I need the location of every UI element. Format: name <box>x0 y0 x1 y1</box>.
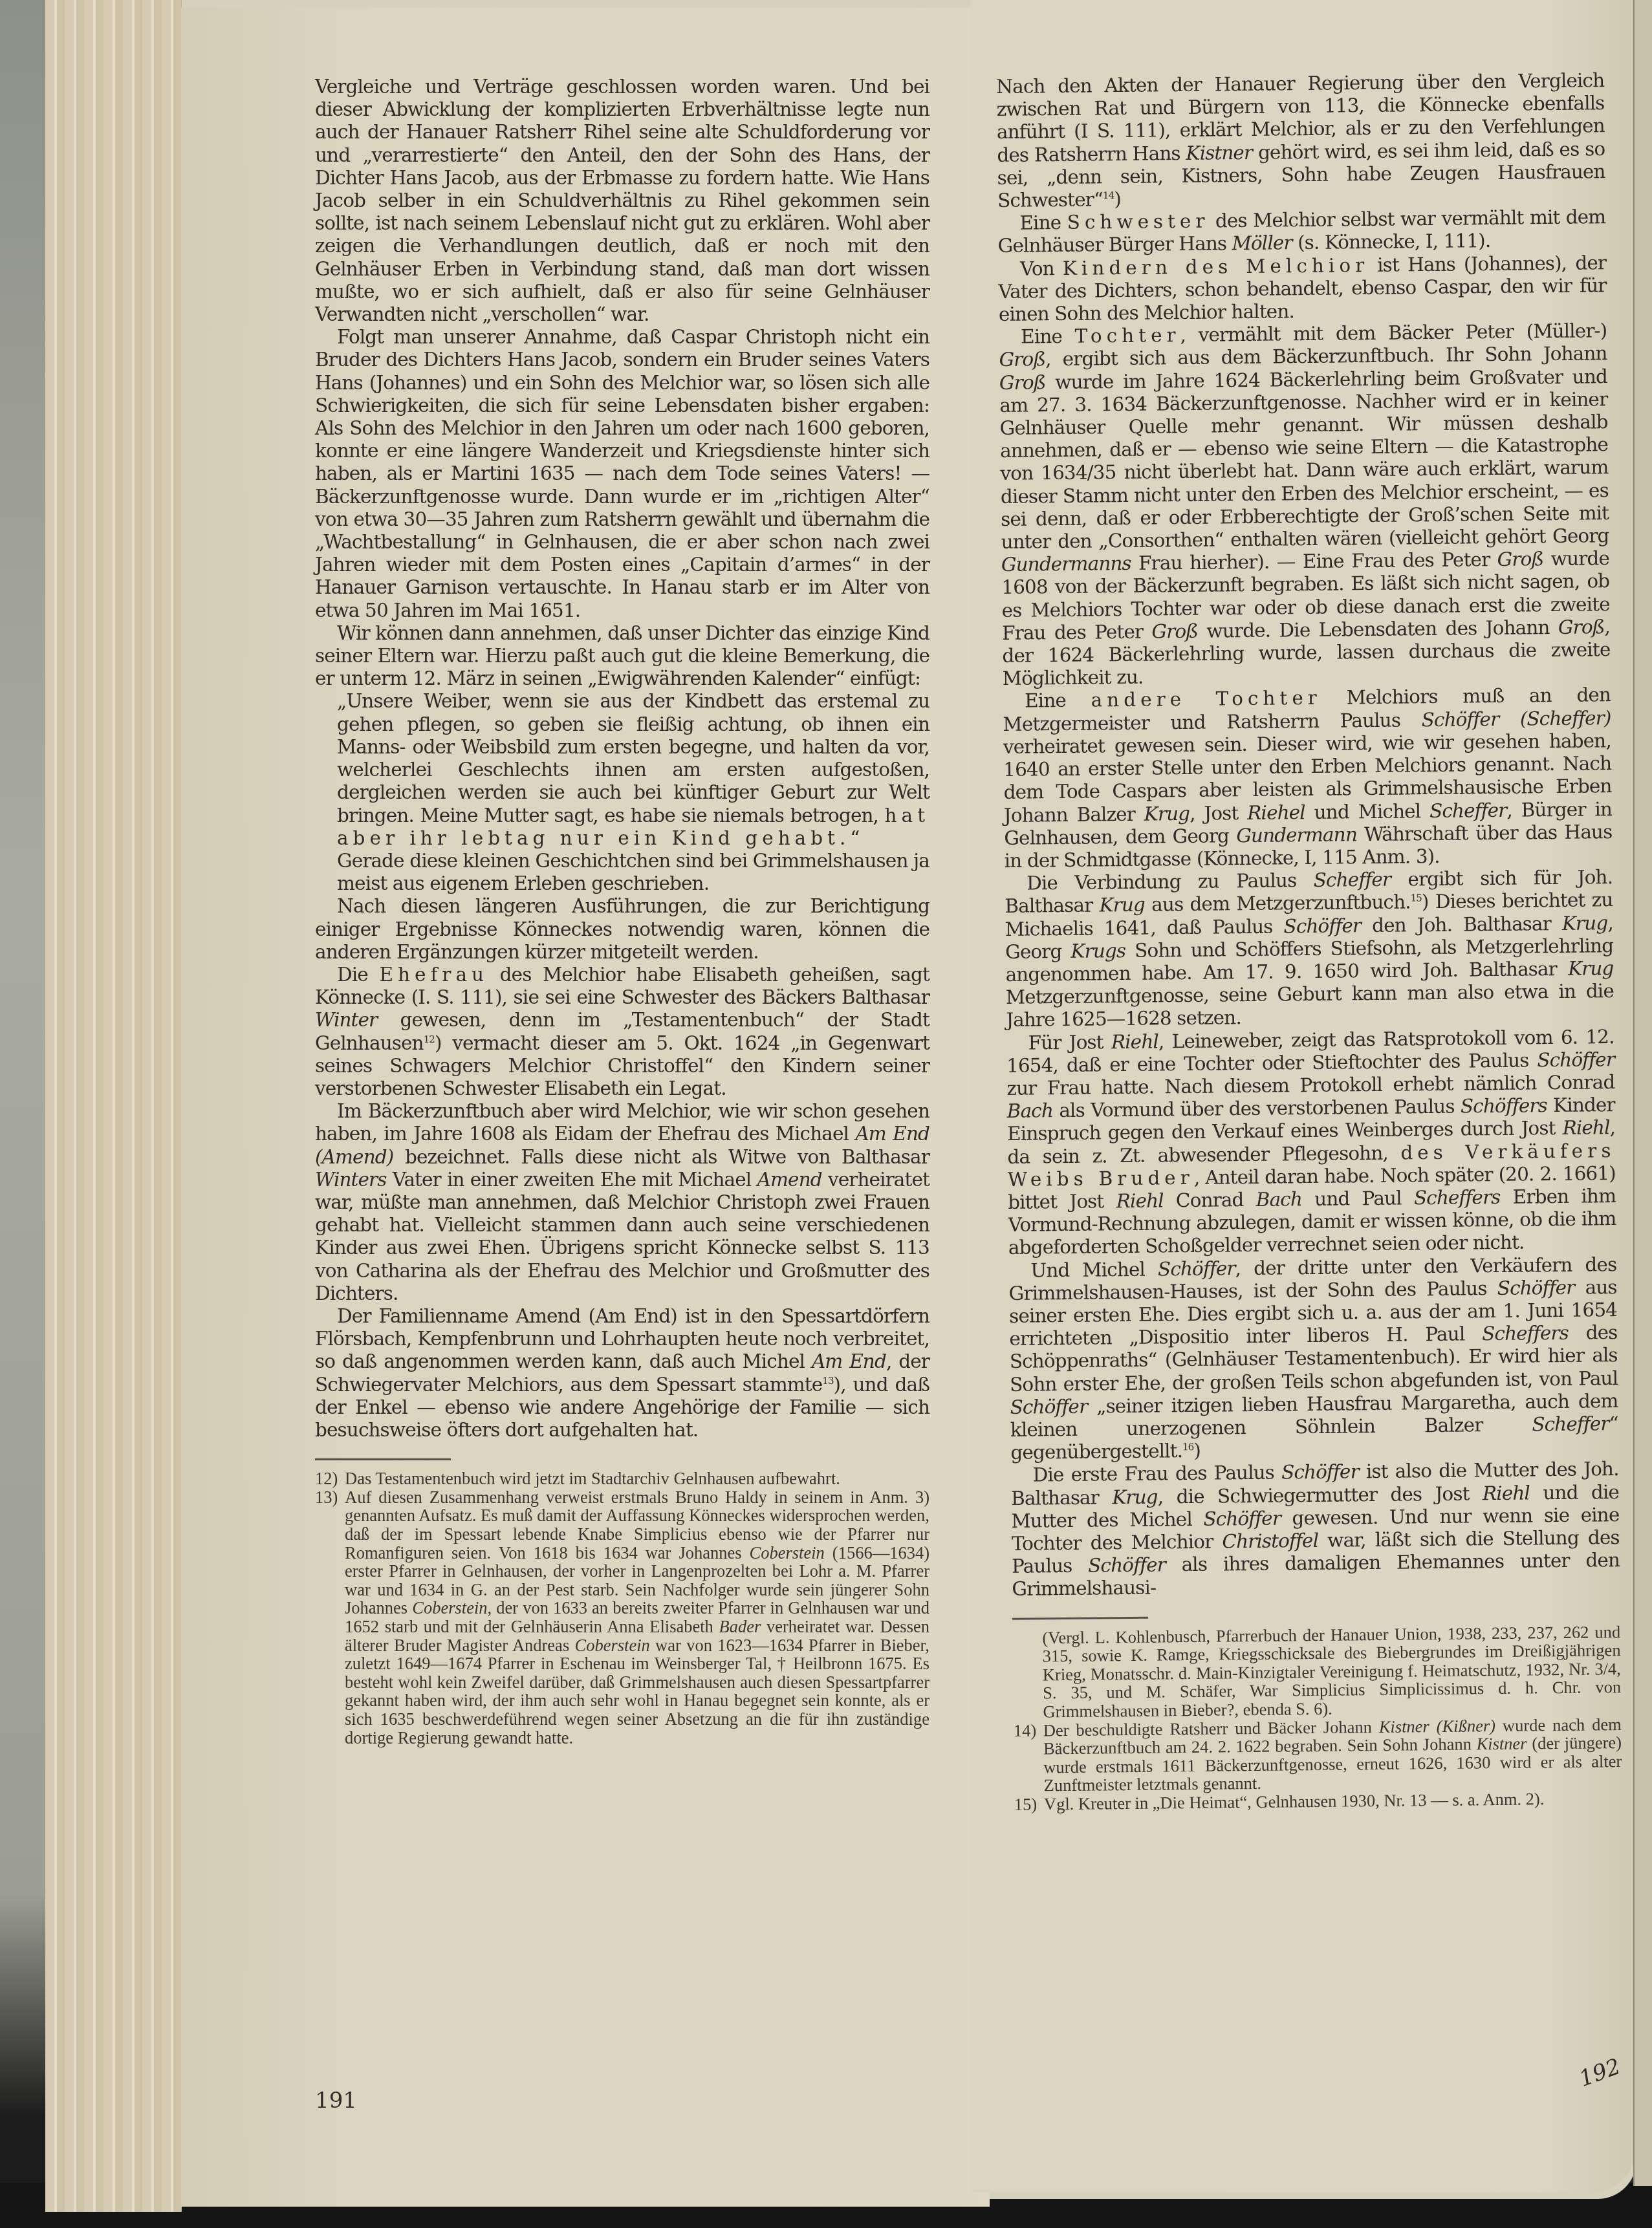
italic-name: Groß <box>1558 616 1605 638</box>
footnote-text: Auf diesen Zusammenhang verweist erstmal… <box>345 1488 929 1747</box>
text-run: den Joh. Balthasar <box>1361 912 1562 936</box>
quotation-paragraph: Gerade diese kleinen Geschichtchen sind … <box>337 850 929 895</box>
footnote-number: 12) <box>315 1469 345 1488</box>
text-run: Von <box>1020 257 1063 280</box>
text-run: Die Verbindung zu Paulus <box>1027 869 1314 894</box>
text-run: , vermählt mit dem Bäcker Peter (Müller-… <box>1180 319 1607 346</box>
footnote: 13)Auf diesen Zusammenhang verweist erst… <box>315 1488 929 1747</box>
body-paragraph: Vergleiche und Verträge geschlossen word… <box>315 76 929 326</box>
italic-name: Gundermanns <box>1001 552 1131 576</box>
italic-name: Krug <box>1568 957 1614 980</box>
italic-name: Schöffer <box>1203 1507 1281 1530</box>
italic-name: Bach <box>1256 1188 1303 1211</box>
text-run: ) <box>1114 188 1121 210</box>
text-run: und Paul <box>1302 1187 1414 1210</box>
body-paragraph: Für Jost Riehl, Leineweber, zeigt das Ra… <box>1006 1026 1616 1260</box>
text-run: Das Testamentenbuch wird jetzt im Stadta… <box>345 1469 840 1488</box>
footnote-number: 15) <box>1014 1795 1044 1813</box>
italic-name: Riehel <box>1247 801 1305 824</box>
footnote-ref: 16 <box>1182 1441 1193 1453</box>
text-run: aus dem Metzgerzunftbuch. <box>1145 891 1411 916</box>
footnote-number: 14) <box>1014 1721 1044 1795</box>
italic-name: Krug <box>1562 912 1608 935</box>
text-run: Wir können dann annehmen, daß unser Dich… <box>315 622 929 689</box>
footnote-rule <box>1012 1616 1148 1619</box>
body-paragraph: Der Familienname Amend (Am End) ist in d… <box>315 1305 929 1442</box>
body-paragraph: Eine Tochter, vermählt mit dem Bäcker Pe… <box>999 319 1611 690</box>
text-run: Vergleiche und Verträge geschlossen word… <box>315 76 929 325</box>
italic-name: Groß <box>999 371 1046 394</box>
quotation-paragraph: „Unsere Weiber, wenn sie aus der Kindbet… <box>337 690 929 849</box>
text-run: Die <box>337 964 379 986</box>
italic-name: Coberstein <box>412 1598 487 1617</box>
italic-name: Riehl <box>1111 1030 1158 1053</box>
footnote: 14)Der beschuldigte Ratsherr und Bäcker … <box>1014 1715 1622 1795</box>
text-run: „seiner itzigen lieben Hausfrau Margaret… <box>1010 1390 1618 1441</box>
italic-name: Kistner <box>1476 1734 1527 1754</box>
italic-name: Krug <box>1112 1486 1158 1508</box>
italic-name: Kistner <box>1186 141 1252 164</box>
right-column: Nach den Akten der Hanauer Regierung übe… <box>996 69 1622 1813</box>
text-run: Und Michel <box>1030 1258 1158 1281</box>
italic-name: Groß <box>1497 548 1544 570</box>
text-run: Die erste Frau des Paulus <box>1032 1462 1281 1486</box>
footnote-ref: 13 <box>822 1375 833 1387</box>
right-footnotes: (Vergl. L. Kohlenbusch, Pfarrerbuch der … <box>1012 1623 1622 1814</box>
italic-name: Bach <box>1007 1099 1054 1122</box>
italic-name: Coberstein <box>750 1543 825 1563</box>
italic-name: Schöffer <box>1010 1395 1087 1418</box>
text-run: Folgt man unserer Annahme, daß Caspar Ch… <box>315 326 929 621</box>
italic-name: Schöffer <box>1158 1257 1235 1280</box>
text-run: Metzgerzunftgenosse, seine Geburt kann m… <box>1006 980 1614 1031</box>
body-paragraph: Eine Schwester des Melchior selbst war v… <box>997 206 1606 257</box>
italic-name: Groß <box>1151 620 1198 643</box>
text-run: Für Jost <box>1028 1031 1111 1054</box>
text-run: (Vergl. L. Kohlenbusch, Pfarrerbuch der … <box>1042 1622 1621 1722</box>
italic-name: Scheffer <box>1429 799 1507 821</box>
body-paragraph: Nach diesen längeren Ausführungen, die z… <box>315 895 929 964</box>
spaced-emphasis: Tochter <box>1074 324 1180 347</box>
text-run: Gerade diese kleinen Geschichtchen sind … <box>337 850 929 894</box>
footnote: 12)Das Testamentenbuch wird jetzt im Sta… <box>315 1469 929 1488</box>
italic-name: Scheffers <box>1482 1322 1569 1345</box>
text-run: “ <box>850 827 859 849</box>
italic-name: Scheffer <box>1314 869 1391 891</box>
italic-name: Scheffers <box>1414 1186 1501 1209</box>
italic-name: Am End <box>812 1350 886 1372</box>
italic-name: Coberstein <box>575 1636 650 1655</box>
body-paragraph: Die Verbindung zu Paulus Scheffer ergibt… <box>1005 866 1614 1032</box>
spaced-emphasis: andere Tochter <box>1091 687 1321 711</box>
italic-name: Krugs <box>1071 940 1125 962</box>
text-run: Vater in einer zweiten Ehe mit Michael <box>387 1169 757 1191</box>
text-run: und Michel <box>1305 800 1430 823</box>
left-body: Vergleiche und Verträge geschlossen word… <box>315 76 929 1442</box>
spaced-emphasis: Schwester <box>1067 210 1209 233</box>
text-run: ) <box>1193 1440 1201 1462</box>
text-run: Nach diesen längeren Ausführungen, die z… <box>315 895 929 962</box>
italic-name: Schöffer <box>1088 1554 1166 1577</box>
italic-name: Krug <box>1144 802 1190 825</box>
italic-name: Scheffer <box>1532 1412 1609 1435</box>
body-paragraph: Die Ehefrau des Melchior habe Elisabeth … <box>315 964 929 1100</box>
text-run: , Jost <box>1190 801 1247 824</box>
footnote-rule <box>315 1458 451 1460</box>
italic-name: Amend <box>757 1169 822 1191</box>
italic-name: Schöffer <box>1537 1048 1614 1071</box>
italic-name: Möller <box>1232 232 1292 255</box>
left-footnotes: 12)Das Testamentenbuch wird jetzt im Sta… <box>315 1469 929 1747</box>
body-paragraph: Und Michel Schöffer, der dritte unter de… <box>1008 1253 1618 1465</box>
text-run: bezeichnet. Falls diese nicht als Witwe … <box>393 1146 929 1168</box>
footnote-text: Das Testamentenbuch wird jetzt im Stadta… <box>345 1469 929 1488</box>
body-paragraph: Von Kindern des Melchior ist Hans (Johan… <box>998 252 1607 326</box>
text-run: , die Schwiegermutter des Jost <box>1158 1482 1483 1508</box>
body-paragraph: Im Bäckerzunftbuch aber wird Melchior, w… <box>315 1100 929 1305</box>
italic-name: Schöffer <box>1283 914 1361 937</box>
text-run: (s. Könnecke, I, 111). <box>1292 230 1490 254</box>
italic-name: Riehl <box>1483 1482 1530 1504</box>
body-paragraph: Wir können dann annehmen, daß unser Dich… <box>315 622 929 691</box>
italic-name: Christoffel <box>1222 1530 1318 1553</box>
right-body: Nach den Akten der Hanauer Regierung übe… <box>996 69 1620 1601</box>
text-run: Conrad <box>1164 1189 1256 1211</box>
body-paragraph: Folgt man unserer Annahme, daß Caspar Ch… <box>315 326 929 622</box>
italic-name: Schöffers <box>1461 1094 1547 1117</box>
italic-name: Schöffer (Scheffer) <box>1421 707 1611 731</box>
text-run: wurde im Jahre 1624 Bäckerlehrling beim … <box>999 365 1609 553</box>
italic-name: Winters <box>315 1169 387 1191</box>
text-run: Frau hierher). — Eine Frau des Peter <box>1131 548 1497 574</box>
footnote-text: Der beschuldigte Ratsherr und Bäcker Joh… <box>1043 1715 1622 1795</box>
text-run: Eine <box>1019 211 1067 234</box>
italic-name: Groß <box>999 349 1045 371</box>
page-edges <box>45 0 182 2212</box>
body-paragraph: Nach den Akten der Hanauer Regierung übe… <box>996 69 1605 212</box>
left-column: Vergleiche und Verträge geschlossen word… <box>315 76 929 1747</box>
text-run: Eine <box>1025 689 1091 712</box>
italic-name: Kistner (Kißner) <box>1379 1716 1496 1736</box>
italic-name: Riehl <box>1562 1117 1609 1140</box>
text-run: als Vormund über des verstorbenen Paulus <box>1053 1096 1461 1122</box>
body-paragraph: Die erste Frau des Paulus Schöffer ist a… <box>1010 1458 1620 1601</box>
italic-name: Riehl <box>1116 1189 1164 1212</box>
page-number-left: 191 <box>315 2088 357 2114</box>
spaced-emphasis: Ehefrau <box>379 964 488 986</box>
footnote-continuation: (Vergl. L. Kohlenbusch, Pfarrerbuch der … <box>1012 1623 1621 1722</box>
text-run: Im Bäckerzunftbuch aber wird Melchior, w… <box>315 1100 929 1145</box>
italic-name: Krug <box>1099 894 1145 916</box>
footnote-ref: 14 <box>1103 189 1114 201</box>
italic-name: Gundermann <box>1236 823 1357 847</box>
body-paragraph: Eine andere Tochter Melchiors muß an den… <box>1003 684 1613 872</box>
footnote-number: 13) <box>315 1488 345 1747</box>
italic-name: Schöffer <box>1281 1461 1359 1484</box>
text-run: Eine <box>1021 325 1075 348</box>
italic-name: Schöffer <box>1497 1277 1575 1299</box>
italic-name: Bader <box>719 1617 761 1636</box>
italic-name: Winter <box>315 1009 377 1031</box>
text-run: „Unsere Weiber, wenn sie aus der Kindbet… <box>337 690 929 826</box>
footnote-ref: 15 <box>1411 892 1422 904</box>
footnote-ref: 12 <box>424 1033 435 1045</box>
right-page-edge <box>1633 0 1652 2186</box>
text-run: wurde. Die Lebensdaten des Johann <box>1198 616 1558 642</box>
spaced-emphasis: Kindern des Melchior <box>1063 254 1369 279</box>
